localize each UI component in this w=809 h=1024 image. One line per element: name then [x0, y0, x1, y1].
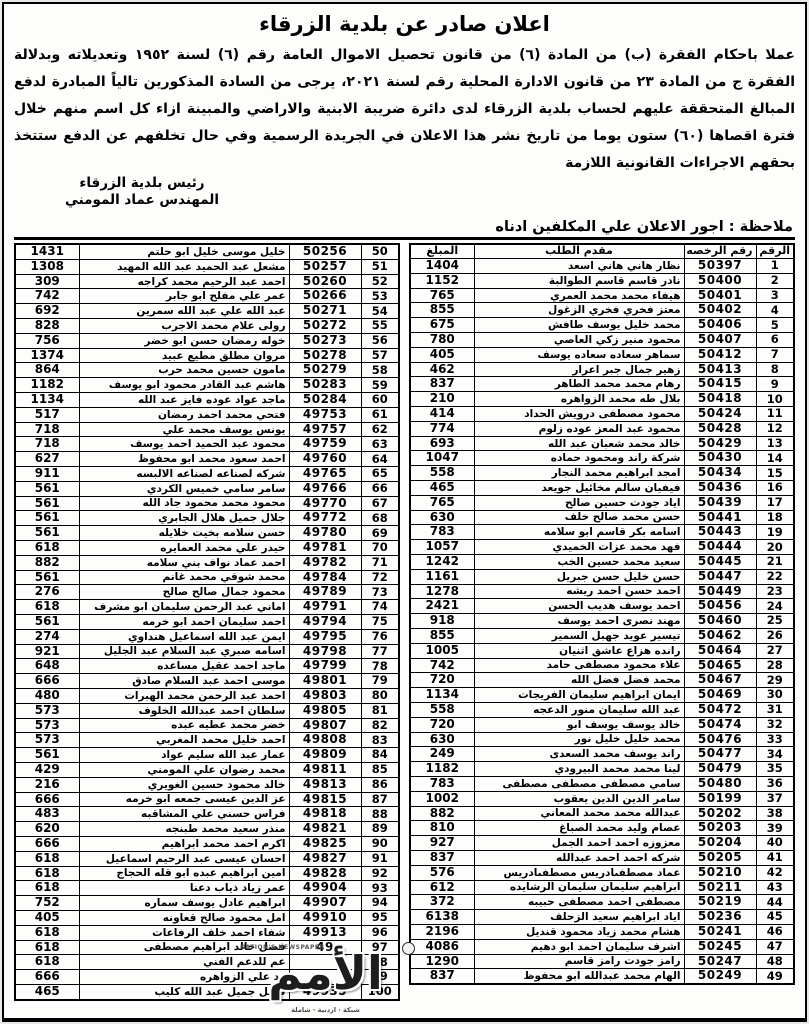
left-table-body: 50 50256 خليل موسى خليل ابو حلتم 1431 51…: [15, 244, 399, 1000]
cell-applicant-name: عمر زياد ذياب دعنا: [79, 881, 289, 896]
table-row: 95 49910 امل محمود صالح قعاونه 405: [15, 910, 399, 925]
cell-row-number: 2: [756, 273, 794, 288]
cell-applicant-name: علاء محمود مصطفى حامد: [474, 658, 684, 673]
cell-license-number: 49782: [289, 555, 361, 570]
table-row: 51 50257 مشعل عبد الحميد عبد الله المهيد…: [15, 259, 399, 274]
table-row: 74 49791 اماني عبد الرحمن سليمان ابو مشر…: [15, 600, 399, 615]
cell-row-number: 26: [756, 629, 794, 644]
cell-row-number: 23: [756, 584, 794, 599]
cell-row-number: 60: [361, 393, 399, 408]
cell-row-number: 39: [756, 821, 794, 836]
table-row: 1 50397 نظار هاني هاني اسعد 1404: [410, 259, 794, 274]
cell-amount: 372: [410, 895, 474, 910]
cell-amount: 855: [410, 303, 474, 318]
table-row: 49 50249 الهام محمد عبدالله ابو محفوظ 83…: [410, 969, 794, 984]
cell-row-number: 22: [756, 569, 794, 584]
cell-row-number: 1: [756, 259, 794, 274]
table-row: 54 50271 عبد الله علي عبد الله سمرين 692: [15, 304, 399, 319]
table-row: 67 49770 محمود محمد محمود جاد الله 561: [15, 496, 399, 511]
cell-license-number: 49811: [289, 762, 361, 777]
table-row: 50 50256 خليل موسى خليل ابو حلتم 1431: [15, 244, 399, 259]
cell-applicant-name: فهد محمد عزات الخميدي: [474, 540, 684, 555]
cell-license-number: 50430: [684, 451, 756, 466]
table-row: 47 50245 اشرف سليمان احمد ابو دهيم 4086: [410, 939, 794, 954]
cell-amount: 864: [15, 363, 79, 378]
cell-applicant-name: سامر الدين الدين يعقوب: [474, 791, 684, 806]
cell-amount: 1404: [410, 259, 474, 274]
left-table: 50 50256 خليل موسى خليل ابو حلتم 1431 51…: [14, 243, 400, 1001]
cell-applicant-name: اسامه بكر قاسم ابو سلامه: [474, 525, 684, 540]
cell-amount: 675: [410, 318, 474, 333]
cell-amount: 210: [410, 392, 474, 407]
cell-applicant-name: مشعل عبد الحميد عبد الله المهيد: [79, 259, 289, 274]
cell-license-number: 49: [289, 940, 361, 955]
cell-license-number: 50245: [684, 939, 756, 954]
cell-applicant-name: فتحي محمد احمد رمضان: [79, 407, 289, 422]
cell-row-number: 92: [361, 866, 399, 881]
table-row: 34 50477 راند يوسف محمد السعدى 249: [410, 747, 794, 762]
cell-row-number: 13: [756, 436, 794, 451]
cell-amount: 465: [15, 984, 79, 999]
cell-row-number: 8: [756, 362, 794, 377]
cell-license-number: 49808: [289, 733, 361, 748]
cell-row-number: 89: [361, 822, 399, 837]
cell-applicant-name: جلال جميل هلال الجابري: [79, 511, 289, 526]
table-row: 4 50402 معتز فخري فخري الزغول 855: [410, 303, 794, 318]
cell-amount: 927: [410, 836, 474, 851]
cell-license-number: 50462: [684, 629, 756, 644]
cell-amount: 666: [15, 674, 79, 689]
table-row: 20 50444 فهد محمد عزات الخميدي 1057: [410, 540, 794, 555]
cell-row-number: 66: [361, 481, 399, 496]
cell-applicant-name: هيفاء محمد محمد العمري: [474, 288, 684, 303]
cell-license-number: 49801: [289, 674, 361, 689]
cell-row-number: 29: [756, 673, 794, 688]
cell-applicant-name: بلال طه محمد الزواهره: [474, 392, 684, 407]
header-applicant-name: مقدم الطلب: [474, 244, 684, 259]
cell-amount: 429: [15, 762, 79, 777]
cell-row-number: 55: [361, 319, 399, 334]
cell-row-number: 40: [756, 836, 794, 851]
cell-applicant-name: شركه احمد احمد عبدالله: [474, 850, 684, 865]
table-row: 40 50204 معزوزه احمد احمد الجمل 927: [410, 836, 794, 851]
table-row: 62 49757 يونس يوسف محمد علي 718: [15, 422, 399, 437]
cell-amount: 561: [15, 570, 79, 585]
cell-row-number: 7: [756, 347, 794, 362]
cell-license-number: 49809: [289, 748, 361, 763]
table-row: 87 49815 عز الدين عيسى جمعه ابو خرمه 666: [15, 792, 399, 807]
table-row: 91 49827 احسان عيسى عبد الرحيم اسماعيل 6…: [15, 851, 399, 866]
cell-amount: 1002: [410, 791, 474, 806]
cell-row-number: 79: [361, 674, 399, 689]
cell-amount: 1242: [410, 555, 474, 570]
cell-license-number: 50445: [684, 555, 756, 570]
table-row: 72 49784 محمد شوقي محمد غانم 561: [15, 570, 399, 585]
cell-amount: 618: [15, 881, 79, 896]
cell-row-number: 3: [756, 288, 794, 303]
cell-license-number: 50260: [289, 274, 361, 289]
cell-applicant-name: رامز جودت رامز قاسم: [474, 954, 684, 969]
header-row-number: الرقم: [756, 244, 794, 259]
table-row: 7 50412 سماهر سعاده سعاده يوسف 405: [410, 347, 794, 362]
cell-applicant-name: احمد خليل محمد المغربي: [79, 733, 289, 748]
cell-row-number: 57: [361, 348, 399, 363]
cell-applicant-name: سامي مصطفى مصطفى مصطفى: [474, 776, 684, 791]
cell-applicant-name: حيدر علي محمد العمايره: [79, 541, 289, 556]
table-row: 98 عم للدعم الفني 618: [15, 955, 399, 970]
cell-applicant-name: رانده هزاع عاشق اثنيان: [474, 643, 684, 658]
table-row: 85 49811 محمد رضوان علي المومني 429: [15, 762, 399, 777]
cell-license-number: 49784: [289, 570, 361, 585]
cell-amount: 1005: [410, 643, 474, 658]
cell-applicant-name: الهام محمد عبدالله ابو محفوظ: [474, 969, 684, 984]
cell-license-number: 49789: [289, 585, 361, 600]
cell-applicant-name: اياد جودت حسين صالح: [474, 495, 684, 510]
cell-row-number: 77: [361, 644, 399, 659]
cell-row-number: 15: [756, 466, 794, 481]
cell-applicant-name: ود علي الزواهره: [79, 970, 289, 985]
table-row: 17 50439 اياد جودت حسين صالح 765: [410, 495, 794, 510]
cell-row-number: 38: [756, 806, 794, 821]
cell-row-number: 59: [361, 378, 399, 393]
signature-block: رئيس بلدية الزرقاء المهندس عماد المومني: [32, 175, 252, 209]
cell-license-number: 50402: [684, 303, 756, 318]
cell-row-number: 91: [361, 851, 399, 866]
cell-applicant-name: راند يوسف محمد السعدى: [474, 747, 684, 762]
mid-section: رئيس بلدية الزرقاء المهندس عماد المومني …: [14, 177, 795, 235]
cell-amount: 718: [15, 437, 79, 452]
cell-row-number: 84: [361, 748, 399, 763]
cell-license-number: 49827: [289, 851, 361, 866]
cell-row-number: 4: [756, 303, 794, 318]
table-row: 33 50476 محمد خليل خليل نور 630: [410, 732, 794, 747]
cell-license-number: 49753: [289, 407, 361, 422]
cell-license-number: 50418: [684, 392, 756, 407]
cell-license-number: 50444: [684, 540, 756, 555]
cell-applicant-name: محمد فضل فضل الله: [474, 673, 684, 688]
cell-license-number: [289, 955, 361, 970]
cell-applicant-name: عز الدين عيسى جمعه ابو خرمه: [79, 792, 289, 807]
cell-amount: 627: [15, 452, 79, 467]
cell-amount: 1182: [410, 762, 474, 777]
cell-amount: 774: [410, 421, 474, 436]
announcement-title: اعلان صادر عن بلدية الزرقاء: [14, 12, 795, 36]
cell-amount: 216: [15, 777, 79, 792]
cell-applicant-name: نادر قاسم قاسم الطوالبة: [474, 273, 684, 288]
table-row: 5 50406 محمد خليل يوسف طافش 675: [410, 318, 794, 333]
cell-amount: 1278: [410, 584, 474, 599]
cell-applicant-name: امجد ابراهيم محمد النجار: [474, 466, 684, 481]
cell-amount: 918: [410, 614, 474, 629]
cell-amount: 1134: [410, 688, 474, 703]
cell-applicant-name: محمد شوقي محمد غانم: [79, 570, 289, 585]
cell-row-number: 95: [361, 910, 399, 925]
cell-amount: 517: [15, 407, 79, 422]
cell-applicant-name: معتز فخري فخري الزغول: [474, 303, 684, 318]
cell-amount: 274: [15, 629, 79, 644]
cell-applicant-name: محمود محمد محمود جاد الله: [79, 496, 289, 511]
cell-applicant-name: خضر محمد عطيه عبده: [79, 718, 289, 733]
cell-applicant-name: موسى احمد عبد السلام صادق: [79, 674, 289, 689]
cell-license-number: 50413: [684, 362, 756, 377]
table-row: 30 50469 ايمان ابراهيم سليمان الفريجات 1…: [410, 688, 794, 703]
cell-row-number: 74: [361, 600, 399, 615]
table-row: 48 50247 رامز جودت رامز قاسم 1290: [410, 954, 794, 969]
cell-license-number: 50202: [684, 806, 756, 821]
cell-applicant-name: امين ابراهيم عبده ابو قله الحجاج: [79, 866, 289, 881]
cell-row-number: 52: [361, 274, 399, 289]
cell-amount: 561: [15, 526, 79, 541]
cell-row-number: 43: [756, 880, 794, 895]
cell-row-number: 67: [361, 496, 399, 511]
table-row: 31 50472 عبد الله سليمان منور الدعجه 558: [410, 702, 794, 717]
table-row: 78 49799 ماجد احمد عقيل مساعده 648: [15, 659, 399, 674]
table-row: 38 50202 عبدالله محمد محمد المعاني 882: [410, 806, 794, 821]
cell-license-number: 49772: [289, 511, 361, 526]
table-row: 32 50474 خالد يوسف يوسف ابو 720: [410, 717, 794, 732]
cell-license-number: 50472: [684, 702, 756, 717]
cell-applicant-name: هاشم عبد القادر محمود ابو يوسف: [79, 378, 289, 393]
cell-row-number: 19: [756, 525, 794, 540]
table-row: 80 49803 احمد عبد الرحمن محمد الهبرات 48…: [15, 688, 399, 703]
cell-row-number: 42: [756, 865, 794, 880]
cell-amount: 612: [410, 880, 474, 895]
cell-applicant-name: اماني عبد الرحمن سليمان ابو مشرف: [79, 600, 289, 615]
table-row: 55 50272 رولى علام محمد الاجرب 828: [15, 319, 399, 334]
table-row: 10 50418 بلال طه محمد الزواهره 210: [410, 392, 794, 407]
cell-amount: 618: [15, 541, 79, 556]
cell-license-number: 50456: [684, 599, 756, 614]
table-row: 96 49913 شفاء احمد خلف الرفاعات 618: [15, 925, 399, 940]
header-row: الرقم رقم الرخصه مقدم الطلب المبلغ: [410, 244, 794, 259]
cell-applicant-name: سلطان احمد عبدالله الخلوف: [79, 703, 289, 718]
table-row: 64 49760 احمد سعود محمد ابو محفوظ 627: [15, 452, 399, 467]
cell-amount: 465: [410, 481, 474, 496]
cell-applicant-name: ماجد عواد عوده فايز عبد الله: [79, 393, 289, 408]
cell-license-number: 50249: [684, 969, 756, 984]
cell-license-number: 50257: [289, 259, 361, 274]
cell-row-number: 48: [756, 954, 794, 969]
cell-row-number: 30: [756, 688, 794, 703]
table-row: 35 50479 لينا محمد محمد البيرودي 1182: [410, 762, 794, 777]
cell-amount: 573: [15, 718, 79, 733]
table-row: 94 49907 ابراهيم عادل يوسف سماره 752: [15, 896, 399, 911]
cell-amount: 558: [410, 466, 474, 481]
cell-amount: 2421: [410, 599, 474, 614]
header-amount: المبلغ: [410, 244, 474, 259]
table-row: 37 50199 سامر الدين الدين يعقوب 1002: [410, 791, 794, 806]
cell-row-number: 24: [756, 599, 794, 614]
cell-license-number: 49757: [289, 422, 361, 437]
table-row: 92 49828 امين ابراهيم عبده ابو قله الحجا…: [15, 866, 399, 881]
cell-applicant-name: عماد مصطفىادريس مصطفىادريس: [474, 865, 684, 880]
table-row: 81 49805 سلطان احمد عبدالله الخلوف 573: [15, 703, 399, 718]
table-row: 76 49795 ايمن عبد الله اسماعيل هنداوي 27…: [15, 629, 399, 644]
cell-row-number: 45: [756, 910, 794, 925]
table-row: 59 50283 هاشم عبد القادر محمود ابو يوسف …: [15, 378, 399, 393]
cell-amount: 573: [15, 733, 79, 748]
cell-amount: 561: [15, 496, 79, 511]
cell-amount: 666: [15, 970, 79, 985]
right-table: الرقم رقم الرخصه مقدم الطلب المبلغ 1 503…: [409, 243, 795, 985]
cell-row-number: 34: [756, 747, 794, 762]
table-row: 70 49781 حيدر علي محمد العمايره 618: [15, 541, 399, 556]
cell-amount: 1152: [410, 273, 474, 288]
table-row: 90 49825 اكرم احمد محمد ابراهيم 666: [15, 836, 399, 851]
cell-row-number: 50: [361, 244, 399, 259]
cell-applicant-name: ابراهيم عادل يوسف سماره: [79, 896, 289, 911]
table-row: 58 50279 مامون حسين محمد حرب 864: [15, 363, 399, 378]
cell-row-number: 56: [361, 333, 399, 348]
cell-applicant-name: محمود مصطفى درويش الحداد: [474, 407, 684, 422]
cell-amount: 1431: [15, 244, 79, 259]
cell-applicant-name: خليل موسى خليل ابو حلتم: [79, 244, 289, 259]
cell-amount: 882: [410, 806, 474, 821]
table-row: 21 50445 سعيد محمد حسين الخب 1242: [410, 555, 794, 570]
cell-license-number: 49935: [289, 984, 361, 999]
cell-row-number: 65: [361, 467, 399, 482]
cell-row-number: 17: [756, 495, 794, 510]
cell-row-number: 32: [756, 717, 794, 732]
cell-row-number: 88: [361, 807, 399, 822]
cell-license-number: 50467: [684, 673, 756, 688]
cell-applicant-name: احمد عماد نواف بني سلامه: [79, 555, 289, 570]
cell-license-number: 50479: [684, 762, 756, 777]
cell-license-number: 49791: [289, 600, 361, 615]
cell-row-number: 12: [756, 421, 794, 436]
cell-applicant-name: عبد الله سليمان منور الدعجه: [474, 702, 684, 717]
table-row: 65 49765 شركه لصناعه لصناعه الالبسه 911: [15, 467, 399, 482]
cell-applicant-name: احمد عبد الرحمن محمد الهبرات: [79, 688, 289, 703]
signature-name: المهندس عماد المومني: [32, 192, 252, 209]
cell-license-number: 50236: [684, 910, 756, 925]
table-row: 26 50462 تيسير عويد جهبل السمير 855: [410, 629, 794, 644]
cell-amount: 1374: [15, 348, 79, 363]
cell-amount: 480: [15, 688, 79, 703]
cell-applicant-name: مامون حسين محمد حرب: [79, 363, 289, 378]
cell-license-number: 50477: [684, 747, 756, 762]
cell-license-number: 50278: [289, 348, 361, 363]
cell-license-number: 49821: [289, 822, 361, 837]
table-row: 61 49753 فتحي محمد احمد رمضان 517: [15, 407, 399, 422]
cell-amount: 648: [15, 659, 79, 674]
table-row: 97 49 فضل خالد ابراهيم مصطفى 618: [15, 940, 399, 955]
cell-applicant-name: محمود منير زكي العاصي: [474, 333, 684, 348]
table-row: 89 49821 منذر سعيد محمد طبنجه 620: [15, 822, 399, 837]
cell-applicant-name: حسن سلامه بخيت خلايله: [79, 526, 289, 541]
table-row: 36 50480 سامي مصطفى مصطفى مصطفى 783: [410, 776, 794, 791]
cell-applicant-name: امل محمود صالح قعاونه: [79, 910, 289, 925]
cell-license-number: 49805: [289, 703, 361, 718]
cell-license-number: 50283: [289, 378, 361, 393]
cell-amount: 810: [410, 821, 474, 836]
cell-row-number: 49: [756, 969, 794, 984]
cell-amount: 666: [15, 836, 79, 851]
cell-license-number: 49799: [289, 659, 361, 674]
cell-amount: 1161: [410, 569, 474, 584]
cell-row-number: 75: [361, 615, 399, 630]
cell-row-number: 80: [361, 688, 399, 703]
cell-applicant-name: رولى علام محمد الاجرب: [79, 319, 289, 334]
cell-amount: 618: [15, 600, 79, 615]
cell-amount: 837: [410, 377, 474, 392]
cell-row-number: 70: [361, 541, 399, 556]
cell-row-number: 28: [756, 658, 794, 673]
cell-row-number: 62: [361, 422, 399, 437]
cell-applicant-name: عم للدعم الفني: [79, 955, 289, 970]
cell-license-number: 50271: [289, 304, 361, 319]
cell-amount: 1308: [15, 259, 79, 274]
cell-row-number: 96: [361, 925, 399, 940]
cell-applicant-name: خوله رمضان حسن ابو خضر: [79, 333, 289, 348]
cell-row-number: 27: [756, 643, 794, 658]
cell-amount: 720: [410, 717, 474, 732]
cell-applicant-name: سعيد محمد حسين الخب: [474, 555, 684, 570]
cell-row-number: 47: [756, 939, 794, 954]
cell-amount: 1057: [410, 540, 474, 555]
cell-row-number: 18: [756, 510, 794, 525]
cell-license-number: 50204: [684, 836, 756, 851]
cell-license-number: 49765: [289, 467, 361, 482]
cell-applicant-name: اشرف سليمان احمد ابو دهيم: [474, 939, 684, 954]
table-row: 45 50236 اياد ابراهيم سعيد الزحلف 6138: [410, 910, 794, 925]
table-row: 77 49798 اسامه صبري عبد السلام عبد الجلي…: [15, 644, 399, 659]
cell-amount: 2196: [410, 924, 474, 939]
cell-license-number: 49913: [289, 925, 361, 940]
cell-license-number: 50434: [684, 466, 756, 481]
cell-amount: 693: [410, 436, 474, 451]
cell-applicant-name: محمد رضوان علي المومني: [79, 762, 289, 777]
note-line: ملاحظة : اجور الاعلان علي المكلفين ادناه: [495, 219, 793, 235]
cell-row-number: 93: [361, 881, 399, 896]
cell-amount: 666: [15, 792, 79, 807]
cell-applicant-name: اياد ابراهيم سعيد الزحلف: [474, 910, 684, 925]
cell-row-number: 31: [756, 702, 794, 717]
cell-applicant-name: شركة راند ومحمود حماده: [474, 451, 684, 466]
cell-amount: 483: [15, 807, 79, 822]
cell-license-number: 50465: [684, 658, 756, 673]
cell-license-number: 49770: [289, 496, 361, 511]
table-row: 3 50401 هيفاء محمد محمد العمري 765: [410, 288, 794, 303]
cell-license-number: 50407: [684, 333, 756, 348]
cell-applicant-name: محمد خليل خليل نور: [474, 732, 684, 747]
table-row: 18 50441 حسن محمد صالح خلف 630: [410, 510, 794, 525]
table-row: 39 50203 عصام وليد محمد الصباغ 810: [410, 821, 794, 836]
cell-row-number: 51: [361, 259, 399, 274]
table-row: 46 50241 هشام محمد زياد محمود قنديل 2196: [410, 924, 794, 939]
cell-applicant-name: تيسير عويد جهبل السمير: [474, 629, 684, 644]
cell-license-number: 49904: [289, 881, 361, 896]
cell-applicant-name: اكرم احمد محمد ابراهيم: [79, 836, 289, 851]
right-table-header: الرقم رقم الرخصه مقدم الطلب المبلغ: [410, 244, 794, 259]
cell-license-number: 49825: [289, 836, 361, 851]
cell-amount: 309: [15, 274, 79, 289]
cell-amount: 882: [15, 555, 79, 570]
cell-row-number: 46: [756, 924, 794, 939]
cell-row-number: 10: [756, 392, 794, 407]
cell-applicant-name: محمود جمال صالح صالح: [79, 585, 289, 600]
cell-applicant-name: احمد سليمان احمد ابو خرمه: [79, 615, 289, 630]
cell-amount: 828: [15, 319, 79, 334]
cell-license-number: 50449: [684, 584, 756, 599]
horizontal-rule: [14, 237, 795, 240]
table-row: 88 49818 فراس حسني علي المشاقبه 483: [15, 807, 399, 822]
cell-license-number: 50397: [684, 259, 756, 274]
cell-amount: 618: [15, 866, 79, 881]
cell-amount: 620: [15, 822, 79, 837]
cell-license-number: 49907: [289, 896, 361, 911]
cell-amount: 752: [15, 896, 79, 911]
